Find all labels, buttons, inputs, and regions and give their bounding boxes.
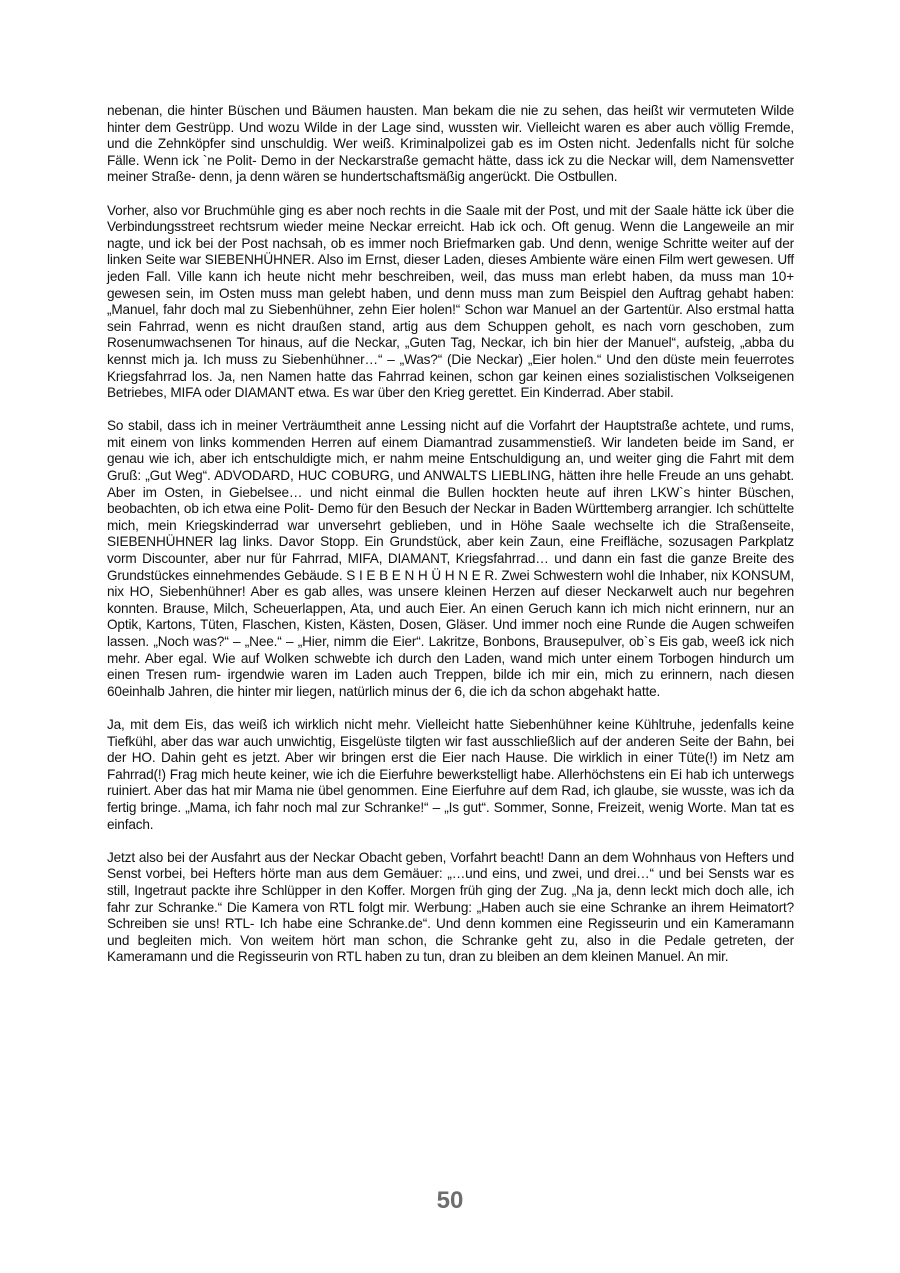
paragraph-1: nebenan, die hinter Büschen und Bäumen h… xyxy=(107,103,794,186)
page-number: 50 xyxy=(0,1187,900,1215)
paragraph-5: Jetzt also bei der Ausfahrt aus der Neck… xyxy=(107,850,794,966)
paragraph-3: So stabil, dass ich in meiner Verträumth… xyxy=(107,418,794,700)
paragraph-4: Ja, mit dem Eis, das weiß ich wirklich n… xyxy=(107,717,794,833)
document-page-body: nebenan, die hinter Büschen und Bäumen h… xyxy=(107,103,794,982)
paragraph-2: Vorher, also vor Bruchmühle ging es aber… xyxy=(107,203,794,402)
